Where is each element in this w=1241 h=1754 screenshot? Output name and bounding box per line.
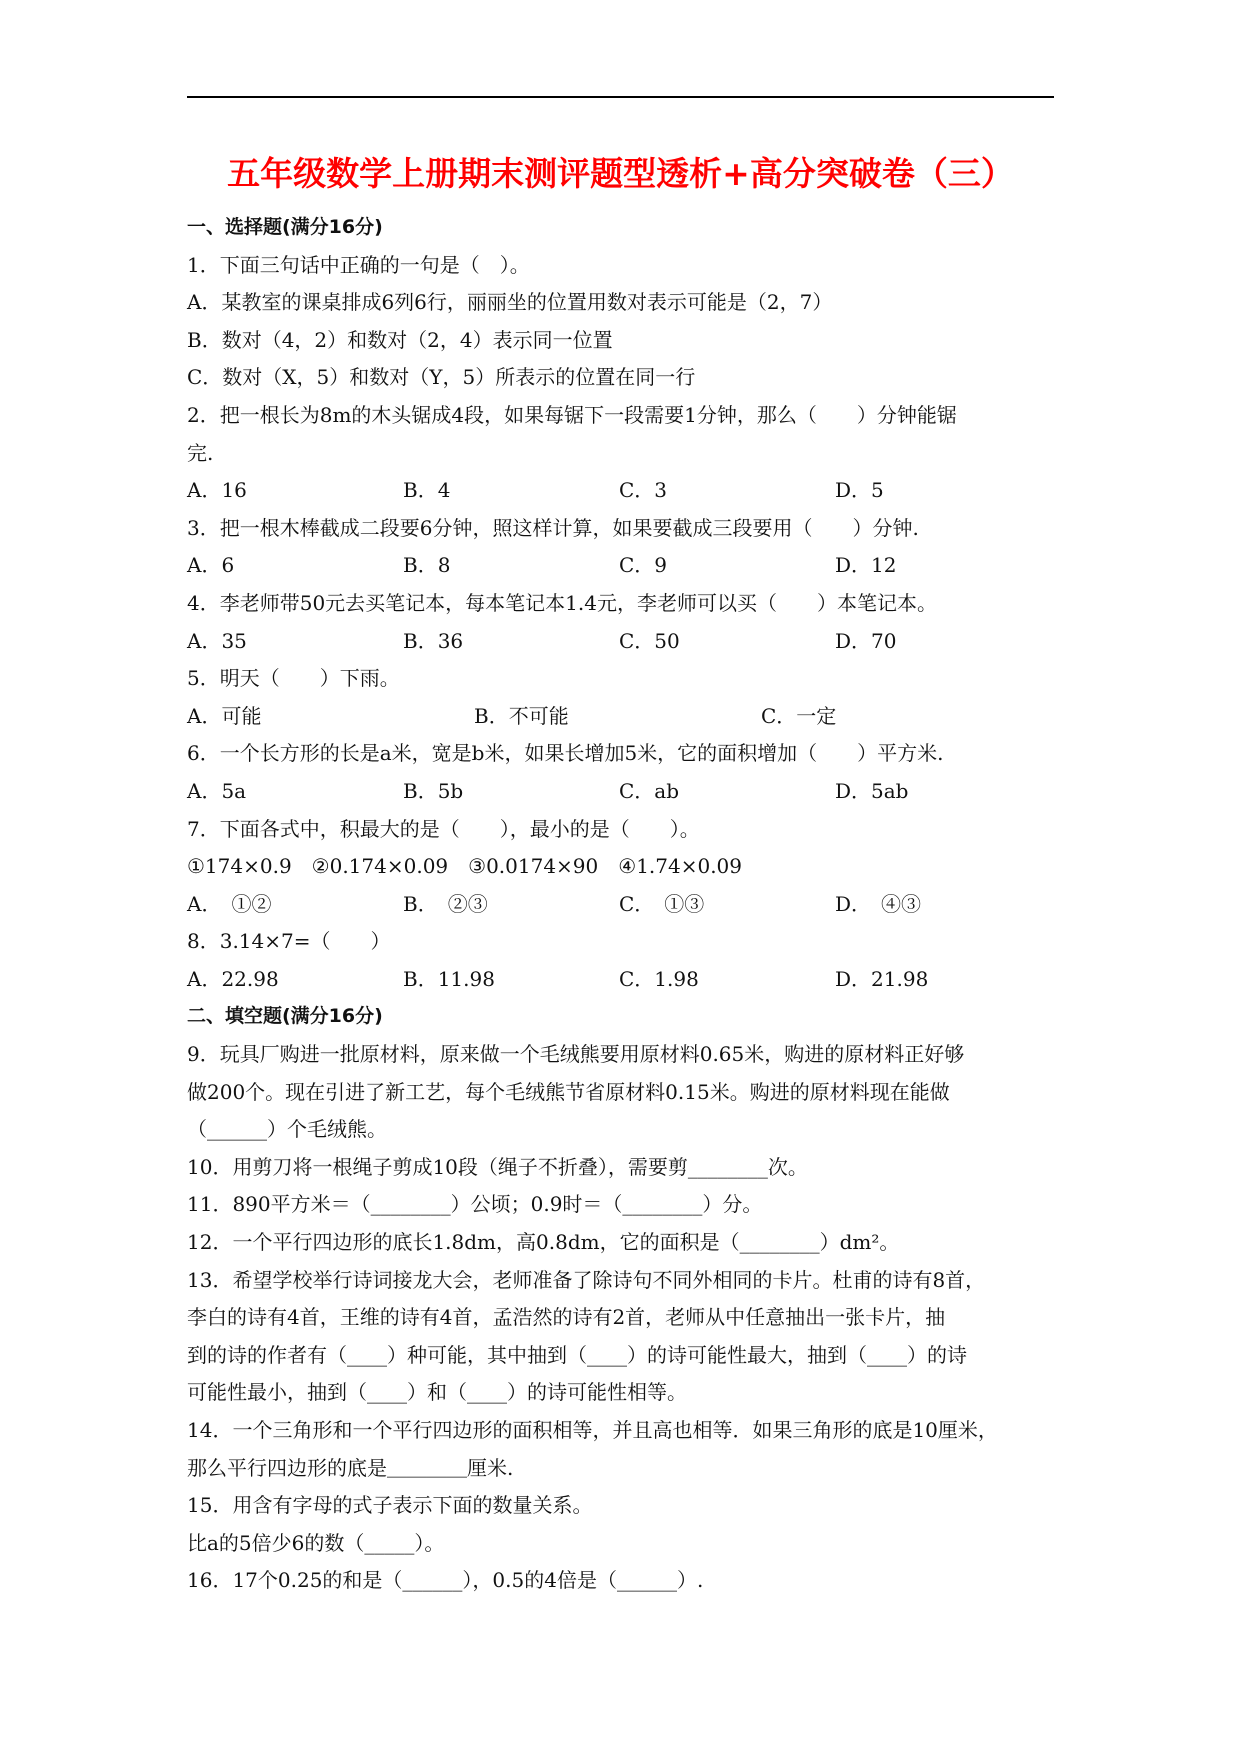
question-5-option-c: C．一定 bbox=[761, 698, 1048, 736]
question-2-stem-cont: 完. bbox=[187, 435, 1057, 473]
section-heading-fill-blank: 二、填空题(满分16分) bbox=[187, 998, 1057, 1036]
question-6-options: A．5a B．5b C．ab D．5ab bbox=[187, 773, 1057, 811]
question-4-option-d: D．70 bbox=[835, 623, 1051, 661]
question-14-line-2: 那么平行四边形的底是＿＿＿＿厘米. bbox=[187, 1450, 1057, 1488]
question-5-options: A．可能 B．不可能 C．一定 bbox=[187, 698, 1057, 736]
question-5-stem: 5．明天（ ）下雨。 bbox=[187, 660, 1057, 698]
question-7-option-d: D． ④③ bbox=[835, 886, 1051, 924]
question-3-option-c: C．9 bbox=[619, 547, 835, 585]
question-9-line-1: 9．玩具厂购进一批原材料，原来做一个毛绒熊要用原材料0.65米，购进的原材料正好… bbox=[187, 1036, 1057, 1074]
question-13-line-2: 李白的诗有4首，王维的诗有4首，孟浩然的诗有2首，老师从中任意抽出一张卡片，抽 bbox=[187, 1299, 1057, 1337]
question-3-option-b: B．8 bbox=[403, 547, 619, 585]
question-13-line-4: 可能性最小，抽到（____）和（____）的诗可能性相等。 bbox=[187, 1374, 1057, 1412]
question-2-options: A．16 B．4 C．3 D．5 bbox=[187, 472, 1057, 510]
question-5-option-a: A．可能 bbox=[187, 698, 474, 736]
question-10: 10．用剪刀将一根绳子剪成10段（绳子不折叠），需要剪________次。 bbox=[187, 1149, 1057, 1187]
question-8-options: A．22.98 B．11.98 C．1.98 D．21.98 bbox=[187, 961, 1057, 999]
question-2-option-c: C．3 bbox=[619, 472, 835, 510]
question-6-option-b: B．5b bbox=[403, 773, 619, 811]
question-8-option-c: C．1.98 bbox=[619, 961, 835, 999]
question-1-option-a: A．某教室的课桌排成6列6行，丽丽坐的位置用数对表示可能是（2，7） bbox=[187, 284, 1057, 322]
question-6-option-a: A．5a bbox=[187, 773, 403, 811]
question-1-stem: 1．下面三句话中正确的一句是（ ）。 bbox=[187, 247, 1057, 285]
question-7-option-a: A． ①② bbox=[187, 886, 403, 924]
page-title: 五年级数学上册期末测评题型透析+高分突破卷（三） bbox=[0, 148, 1241, 195]
section-heading-choice: 一、选择题(满分16分) bbox=[187, 209, 1057, 247]
question-4-option-b: B．36 bbox=[403, 623, 619, 661]
question-3-options: A．6 B．8 C．9 D．12 bbox=[187, 547, 1057, 585]
question-3-option-d: D．12 bbox=[835, 547, 1051, 585]
question-8-option-d: D．21.98 bbox=[835, 961, 1051, 999]
question-7-stem: 7．下面各式中，积最大的是（ ），最小的是（ ）。 bbox=[187, 811, 1057, 849]
question-7-expressions: ①174×0.9 ②0.174×0.09 ③0.0174×90 ④1.74×0.… bbox=[187, 848, 1057, 886]
question-8-stem: 8．3.14×7=（ ） bbox=[187, 923, 1057, 961]
question-2-option-a: A．16 bbox=[187, 472, 403, 510]
question-2-option-d: D．5 bbox=[835, 472, 1051, 510]
question-13-line-1: 13．希望学校举行诗词接龙大会，老师准备了除诗句不同外相同的卡片。杜甫的诗有8首… bbox=[187, 1262, 1057, 1300]
question-3-option-a: A．6 bbox=[187, 547, 403, 585]
question-8-option-a: A．22.98 bbox=[187, 961, 403, 999]
question-7-option-b: B． ②③ bbox=[403, 886, 619, 924]
question-2-option-b: B．4 bbox=[403, 472, 619, 510]
question-15-line-2: 比a的5倍少6的数（_____）。 bbox=[187, 1525, 1057, 1563]
question-1-option-b: B．数对（4，2）和数对（2，4）表示同一位置 bbox=[187, 322, 1057, 360]
question-6-option-d: D．5ab bbox=[835, 773, 1051, 811]
question-15-line-1: 15．用含有字母的式子表示下面的数量关系。 bbox=[187, 1487, 1057, 1525]
question-14-line-1: 14．一个三角形和一个平行四边形的面积相等，并且高也相等．如果三角形的底是10厘… bbox=[187, 1412, 1057, 1450]
question-6-stem: 6．一个长方形的长是a米，宽是b米，如果长增加5米，它的面积增加（ ）平方米. bbox=[187, 735, 1057, 773]
question-12: 12．一个平行四边形的底长1.8dm，高0.8dm，它的面积是（________… bbox=[187, 1224, 1057, 1262]
question-4-option-a: A．35 bbox=[187, 623, 403, 661]
question-2-stem: 2．把一根长为8m的木头锯成4段，如果每锯下一段需要1分钟，那么（ ）分钟能锯 bbox=[187, 397, 1057, 435]
question-3-stem: 3．把一根木棒截成二段要6分钟，照这样计算，如果要截成三段要用（ ）分钟. bbox=[187, 510, 1057, 548]
question-6-option-c: C．ab bbox=[619, 773, 835, 811]
question-4-stem: 4．李老师带50元去买笔记本，每本笔记本1.4元，李老师可以买（ ）本笔记本。 bbox=[187, 585, 1057, 623]
question-4-option-c: C．50 bbox=[619, 623, 835, 661]
question-11: 11．890平方米＝（________）公顷；0.9时＝（________）分。 bbox=[187, 1186, 1057, 1224]
question-4-options: A．35 B．36 C．50 D．70 bbox=[187, 623, 1057, 661]
question-9-line-2: 做200个。现在引进了新工艺，每个毛绒熊节省原材料0.15米。购进的原材料现在能… bbox=[187, 1074, 1057, 1112]
question-5-option-b: B．不可能 bbox=[474, 698, 761, 736]
question-7-options: A． ①② B． ②③ C． ①③ D． ④③ bbox=[187, 886, 1057, 924]
question-13-line-3: 到的诗的作者有（____）种可能，其中抽到（____）的诗可能性最大，抽到（__… bbox=[187, 1337, 1057, 1375]
header-rule bbox=[187, 96, 1054, 98]
question-7-option-c: C． ①③ bbox=[619, 886, 835, 924]
question-8-option-b: B．11.98 bbox=[403, 961, 619, 999]
question-16: 16．17个0.25的和是（______），0.5的4倍是（______）. bbox=[187, 1562, 1057, 1600]
exam-content: 一、选择题(满分16分) 1．下面三句话中正确的一句是（ ）。 A．某教室的课桌… bbox=[187, 209, 1057, 1600]
question-1-option-c: C．数对（X，5）和数对（Y，5）所表示的位置在同一行 bbox=[187, 359, 1057, 397]
question-9-line-3: （______）个毛绒熊。 bbox=[187, 1111, 1057, 1149]
